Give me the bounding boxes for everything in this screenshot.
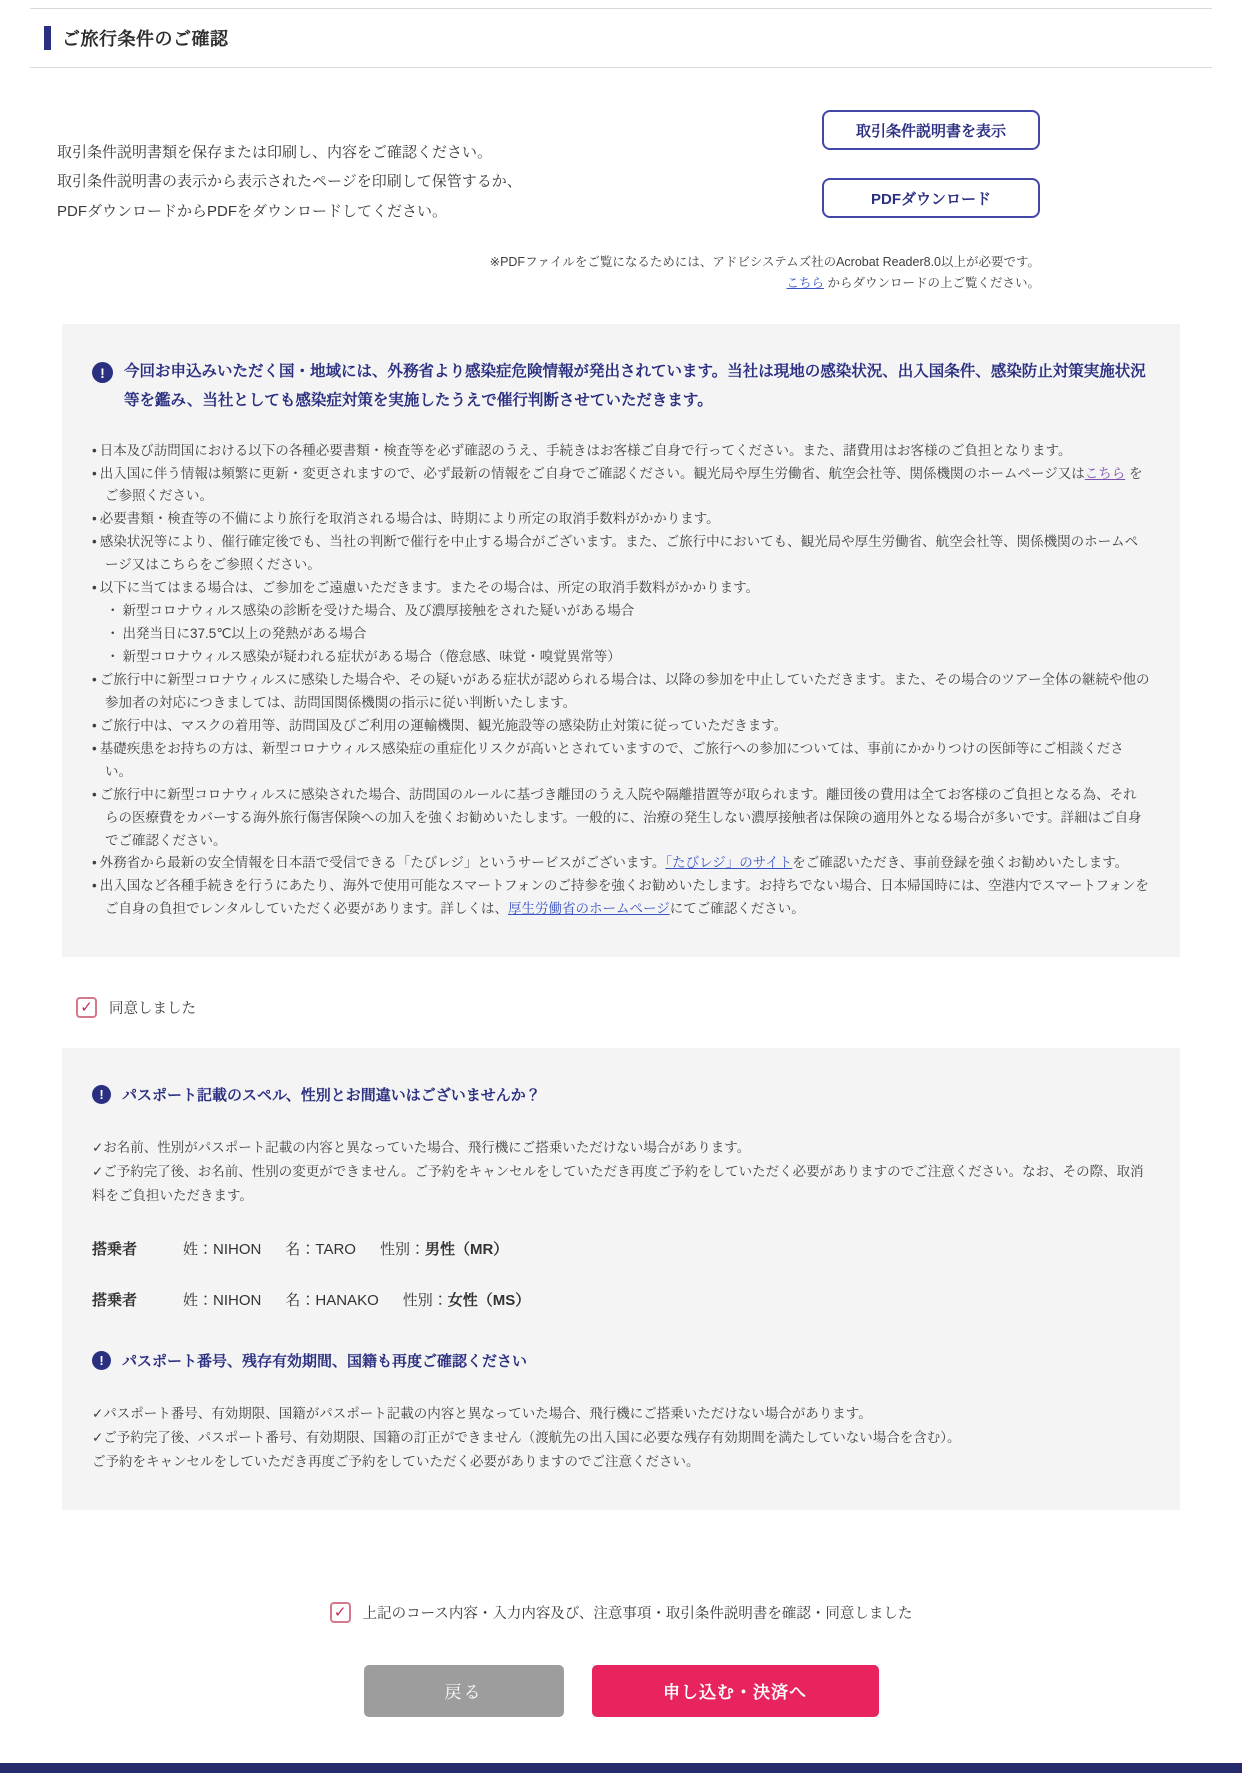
covid-notice-heading: ! 今回お申込みいただく国・地域には、外務省より感染症危険情報が発出されています… <box>92 358 1150 415</box>
bullet-content: ご旅行中は、マスクの着用等、訪問国及びご利用の運輸機関、観光施設等の感染防止対策… <box>100 718 787 733</box>
covid-bullet: •ご旅行中は、マスクの着用等、訪問国及びご利用の運輸機関、観光施設等の感染防止対… <box>92 715 1150 738</box>
show-terms-button[interactable]: 取引条件説明書を表示 <box>822 110 1040 150</box>
intro-line: 取引条件説明書類を保存または印刷し、内容をご確認ください。 <box>57 138 522 167</box>
bullet-content: 基礎疾患をお持ちの方は、新型コロナウィルス感染症の重症化リスクが高いとされていま… <box>100 741 1124 779</box>
intro-line: 取引条件説明書の表示から表示されたページを印刷して保管するか、 <box>57 167 522 196</box>
bullet-content: 外務省から最新の安全情報を日本語で受信できる「たびレジ」というサービスがございま… <box>100 855 1128 870</box>
bullet-marker: • <box>92 855 97 870</box>
passenger-row: 搭乗者 姓：NIHON 名：TARO 性別：男性（MR） <box>92 1238 1150 1259</box>
intro-section: 取引条件説明書類を保存または印刷し、内容をご確認ください。取引条件説明書の表示か… <box>30 68 1212 226</box>
bullet-text: ご旅行中は、マスクの着用等、訪問国及びご利用の運輸機関、観光施設等の感染防止対策… <box>100 718 787 733</box>
bullet-marker: ・ <box>106 603 120 618</box>
bullet-content: 出入国に伴う情報は頻繁に更新・変更されますので、必ず最新の情報をご自身でご確認く… <box>100 466 1143 504</box>
passenger-gender: 男性（MR） <box>425 1241 508 1258</box>
bullet-text: 新型コロナウィルス感染が疑われる症状がある場合（倦怠感、味覚・嗅覚異常等） <box>123 649 621 664</box>
covid-bullet: •日本及び訪問国における以下の各種必要書類・検査等を必ず確認のうえ、手続きはお客… <box>92 440 1150 463</box>
bullet-text: 日本及び訪問国における以下の各種必要書類・検査等を必ず確認のうえ、手続きはお客様… <box>100 443 1072 458</box>
alert-icon: ! <box>92 362 113 383</box>
page-title-block: ご旅行条件のご確認 <box>30 8 1212 68</box>
bullet-marker: • <box>92 787 97 802</box>
bullet-text: 感染状況等により、催行確定後でも、当社の判断で催行を中止する場合がございます。ま… <box>100 534 1138 572</box>
bullet-content: ご旅行中に新型コロナウィルスに感染された場合、訪問国のルールに基づき離団のうえ入… <box>100 787 1142 848</box>
inline-link[interactable]: こちら <box>1085 466 1126 481</box>
spell-check-lines: ✓お名前、性別がパスポート記載の内容と異なっていた場合、飛行機にご搭乗いただけな… <box>92 1136 1150 1208</box>
covid-bullet: •ご旅行中に新型コロナウィルスに感染した場合や、その疑いがある症状が認められる場… <box>92 669 1150 715</box>
passenger-gender-field: 性別：男性（MR） <box>380 1238 508 1259</box>
alert-icon: ! <box>92 1085 111 1104</box>
bullet-content: ご旅行中に新型コロナウィルスに感染した場合や、その疑いがある症状が認められる場合… <box>100 672 1150 710</box>
inline-link[interactable]: 厚生労働省のホームページ <box>508 901 670 916</box>
covid-bullet: ・新型コロナウィルス感染が疑われる症状がある場合（倦怠感、味覚・嗅覚異常等） <box>92 646 1150 669</box>
inline-link[interactable]: 「たびレジ」のサイト <box>665 855 792 870</box>
bullet-marker: • <box>92 511 97 526</box>
back-button[interactable]: 戻る <box>364 1665 564 1717</box>
passenger-gender: 女性（MS） <box>448 1292 531 1309</box>
passenger-surname: NIHON <box>213 1292 261 1309</box>
passenger-given-field: 名：TARO <box>285 1238 356 1259</box>
passenger-surname: NIHON <box>213 1241 261 1258</box>
passenger-gender-field: 性別：女性（MS） <box>403 1289 531 1310</box>
gender-label: 性別： <box>403 1292 448 1309</box>
covid-notice-heading-text: 今回お申込みいただく国・地域には、外務省より感染症危険情報が発出されています。当… <box>124 358 1150 415</box>
passenger-label: 搭乗者 <box>92 1238 137 1259</box>
bullet-marker: • <box>92 718 97 733</box>
pdf-note-line2-rest: からダウンロードの上ご覧ください。 <box>824 276 1040 290</box>
bullet-content: 新型コロナウィルス感染が疑われる症状がある場合（倦怠感、味覚・嗅覚異常等） <box>123 649 621 664</box>
pdf-note-line2: こちら からダウンロードの上ご覧ください。 <box>30 273 1040 294</box>
gender-label: 性別： <box>380 1241 425 1258</box>
bullet-content: 出入国など各種手続きを行うにあたり、海外で使用可能なスマートフォンのご持参を強く… <box>100 878 1149 916</box>
covid-bullet: •感染状況等により、催行確定後でも、当社の判断で催行を中止する場合がございます。… <box>92 531 1150 577</box>
bullet-text: ご旅行中に新型コロナウィルスに感染した場合や、その疑いがある症状が認められる場合… <box>100 672 1150 710</box>
title-accent-bar <box>44 26 51 50</box>
bullet-text: 出入国に伴う情報は頻繁に更新・変更されますので、必ず最新の情報をご自身でご確認く… <box>100 466 1085 481</box>
bullet-content: 以下に当てはまる場合は、ご参加をご遠慮いただきます。またその場合は、所定の取消手… <box>100 580 759 595</box>
check-line: ✓ご予約完了後、お名前、性別の変更ができません。ご予約をキャンセルをしていただき… <box>92 1160 1150 1208</box>
intro-text: 取引条件説明書類を保存または印刷し、内容をご確認ください。取引条件説明書の表示か… <box>57 110 522 226</box>
agree-label: 同意しました <box>109 997 196 1018</box>
bullet-text: 新型コロナウィルス感染の診断を受けた場合、及び濃厚接触をされた疑いがある場合 <box>123 603 635 618</box>
passenger-list: 搭乗者 姓：NIHON 名：TARO 性別：男性（MR） 搭乗者 姓：NIHON… <box>92 1238 1150 1310</box>
check-icon: ✓ <box>334 1605 347 1620</box>
covid-bullet-list: •日本及び訪問国における以下の各種必要書類・検査等を必ず確認のうえ、手続きはお客… <box>92 440 1150 922</box>
given-label: 名： <box>285 1241 315 1258</box>
page: ご旅行条件のご確認 取引条件説明書類を保存または印刷し、内容をご確認ください。取… <box>0 0 1242 1717</box>
bullet-content: 新型コロナウィルス感染の診断を受けた場合、及び濃厚接触をされた疑いがある場合 <box>123 603 635 618</box>
bullet-content: 必要書類・検査等の不備により旅行を取消される場合は、時期により所定の取消手数料が… <box>100 511 720 526</box>
bullet-text: 外務省から最新の安全情報を日本語で受信できる「たびレジ」というサービスがございま… <box>100 855 666 870</box>
bullet-marker: • <box>92 534 97 549</box>
check-line: ✓お名前、性別がパスポート記載の内容と異なっていた場合、飛行機にご搭乗いただけな… <box>92 1136 1150 1160</box>
passport-spell-heading: ! パスポート記載のスペル、性別とお間違いはございませんか？ <box>92 1082 1150 1110</box>
bullet-content: 出発当日に37.5℃以上の発熱がある場合 <box>123 626 367 641</box>
bullet-text: 必要書類・検査等の不備により旅行を取消される場合は、時期により所定の取消手数料が… <box>100 511 720 526</box>
covid-bullet: •出入国など各種手続きを行うにあたり、海外で使用可能なスマートフォンのご持参を強… <box>92 875 1150 921</box>
given-label: 名： <box>285 1292 315 1309</box>
bullet-text: 出発当日に37.5℃以上の発熱がある場合 <box>123 626 367 641</box>
covid-bullet: •出入国に伴う情報は頻繁に更新・変更されますので、必ず最新の情報をご自身でご確認… <box>92 463 1150 509</box>
covid-bullet: •外務省から最新の安全情報を日本語で受信できる「たびレジ」というサービスがござい… <box>92 852 1150 875</box>
intro-line: PDFダウンロードからPDFをダウンロードしてください。 <box>57 197 522 226</box>
passenger-given: HANAKO <box>315 1292 378 1309</box>
bullet-content: 感染状況等により、催行確定後でも、当社の判断で催行を中止する場合がございます。ま… <box>100 534 1138 572</box>
bullet-marker: • <box>92 878 97 893</box>
surname-label: 姓： <box>183 1292 213 1309</box>
check-line: ✓ご予約完了後、パスポート番号、有効期限、国籍の訂正ができません（渡航先の出入国… <box>92 1426 1150 1450</box>
bullet-marker: • <box>92 672 97 687</box>
passenger-given-field: 名：HANAKO <box>285 1289 378 1310</box>
bullet-text: にてご確認ください。 <box>670 901 805 916</box>
passport-number-heading: ! パスポート番号、残存有効期間、国籍も再度ご確認ください <box>92 1348 1150 1376</box>
document-buttons: 取引条件説明書を表示 PDFダウンロード <box>822 110 1040 218</box>
passenger-given: TARO <box>315 1241 356 1258</box>
bullet-marker: ・ <box>106 626 120 641</box>
bullet-marker: ・ <box>106 649 120 664</box>
final-agree-label: 上記のコース内容・入力内容及び、注意事項・取引条件説明書を確認・同意しました <box>363 1602 913 1623</box>
covid-bullet: •基礎疾患をお持ちの方は、新型コロナウィルス感染症の重症化リスクが高いとされてい… <box>92 738 1150 784</box>
pdf-note: ※PDFファイルをご覧になるためには、アドビシステムズ社のAcrobat Rea… <box>30 252 1212 295</box>
agreement-row-1: ✓ 同意しました <box>76 997 1212 1018</box>
bullet-content: 日本及び訪問国における以下の各種必要書類・検査等を必ず確認のうえ、手続きはお客様… <box>100 443 1072 458</box>
acrobat-download-link[interactable]: こちら <box>787 276 825 290</box>
bullet-text: をご確認いただき、事前登録を強くお勧めいたします。 <box>792 855 1128 870</box>
check-line: ご予約をキャンセルをしていただき再度ご予約をしていただく必要がありますのでご注意… <box>92 1450 1150 1474</box>
check-icon: ✓ <box>80 1000 93 1015</box>
bullet-text: 以下に当てはまる場合は、ご参加をご遠慮いただきます。またその場合は、所定の取消手… <box>100 580 759 595</box>
bullet-marker: • <box>92 741 97 756</box>
passenger-label: 搭乗者 <box>92 1289 137 1310</box>
covid-bullet: •ご旅行中に新型コロナウィルスに感染された場合、訪問国のルールに基づき離団のうえ… <box>92 784 1150 853</box>
covid-bullet: ・出発当日に37.5℃以上の発熱がある場合 <box>92 623 1150 646</box>
covid-bullet: •必要書類・検査等の不備により旅行を取消される場合は、時期により所定の取消手数料… <box>92 508 1150 531</box>
footer-bar <box>0 1763 1242 1773</box>
bullet-text: 基礎疾患をお持ちの方は、新型コロナウィルス感染症の重症化リスクが高いとされていま… <box>100 741 1124 779</box>
covid-notice-box: ! 今回お申込みいただく国・地域には、外務省より感染症危険情報が発出されています… <box>62 324 1180 957</box>
check-line: ✓パスポート番号、有効期限、国籍がパスポート記載の内容と異なっていた場合、飛行機… <box>92 1402 1150 1426</box>
passenger-surname-field: 姓：NIHON <box>183 1238 261 1259</box>
alert-icon: ! <box>92 1351 111 1370</box>
passenger-surname-field: 姓：NIHON <box>183 1289 261 1310</box>
bullet-marker: • <box>92 466 97 481</box>
passport-spell-heading-text: パスポート記載のスペル、性別とお間違いはございませんか？ <box>122 1082 541 1110</box>
number-check-lines: ✓パスポート番号、有効期限、国籍がパスポート記載の内容と異なっていた場合、飛行機… <box>92 1402 1150 1474</box>
passport-number-heading-text: パスポート番号、残存有効期間、国籍も再度ご確認ください <box>122 1348 527 1376</box>
pdf-note-line1: ※PDFファイルをご覧になるためには、アドビシステムズ社のAcrobat Rea… <box>30 252 1040 273</box>
page-title: ご旅行条件のご確認 <box>62 25 229 51</box>
bullet-text: ご旅行中に新型コロナウィルスに感染された場合、訪問国のルールに基づき離団のうえ入… <box>100 787 1142 848</box>
bullet-marker: • <box>92 580 97 595</box>
covid-bullet: ・新型コロナウィルス感染の診断を受けた場合、及び濃厚接触をされた疑いがある場合 <box>92 600 1150 623</box>
pdf-download-button[interactable]: PDFダウンロード <box>822 178 1040 218</box>
bullet-marker: • <box>92 443 97 458</box>
footer-buttons: 戻る 申し込む・決済へ <box>30 1665 1212 1717</box>
final-agreement-row: ✓ 上記のコース内容・入力内容及び、注意事項・取引条件説明書を確認・同意しました <box>30 1602 1212 1623</box>
passenger-row: 搭乗者 姓：NIHON 名：HANAKO 性別：女性（MS） <box>92 1289 1150 1310</box>
final-agree-checkbox[interactable]: ✓ <box>330 1602 351 1623</box>
passport-box: ! パスポート記載のスペル、性別とお間違いはございませんか？ ✓お名前、性別がパ… <box>62 1048 1180 1510</box>
covid-bullet: •以下に当てはまる場合は、ご参加をご遠慮いただきます。またその場合は、所定の取消… <box>92 577 1150 600</box>
surname-label: 姓： <box>183 1241 213 1258</box>
agree-checkbox[interactable]: ✓ <box>76 997 97 1018</box>
submit-payment-button[interactable]: 申し込む・決済へ <box>592 1665 879 1717</box>
